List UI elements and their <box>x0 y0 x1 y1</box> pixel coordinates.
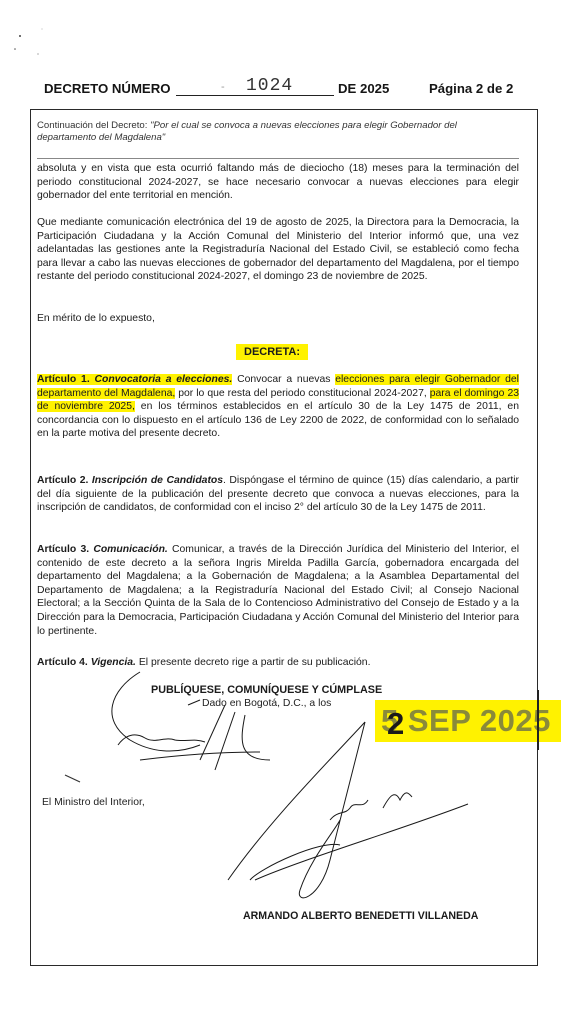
article-4: Artículo 4. Vigencia. El presente decret… <box>37 656 519 670</box>
stamp-edge-line <box>537 690 539 750</box>
publish-formula: PUBLÍQUESE, COMUNÍQUESE Y CÚMPLASE <box>151 684 382 696</box>
decree-dash: - <box>221 81 225 93</box>
article-4-title: Vigencia. <box>91 657 136 668</box>
article-4-number: Artículo 4. <box>37 657 88 668</box>
paragraph-1: absoluta y en vista que esta ocurrió fal… <box>37 162 519 203</box>
date-stamp-rest: 5 SEP 2025 <box>381 703 551 738</box>
article-1-number: Artículo 1. <box>37 374 90 385</box>
article-1-title: Convocatoria a elecciones. <box>95 374 233 385</box>
article-1-text-b: por lo que resta del periodo constitucio… <box>175 388 429 399</box>
decree-number-label: DECRETO NÚMERO <box>44 81 171 96</box>
paragraph-3: En mérito de lo expuesto, <box>37 312 519 326</box>
page-indicator: Página 2 de 2 <box>429 81 513 96</box>
article-3: Artículo 3. Comunicación. Comunicar, a t… <box>37 543 519 638</box>
decree-number: 1024 <box>246 76 293 96</box>
date-stamp: 25 SEP 2025 <box>375 700 561 742</box>
article-2-number: Artículo 2. <box>37 475 88 486</box>
continuation-prefix: Continuación del Decreto: <box>37 120 150 131</box>
given-in-bogota: Dado en Bogotá, D.C., a los <box>202 698 331 709</box>
article-2-title: Inscripción de Candidatos <box>92 475 223 486</box>
decreta-heading: DECRETA: <box>236 344 308 360</box>
date-stamp-day-first: 2 <box>387 706 405 742</box>
continuation-rule <box>37 158 519 159</box>
minister-name: ARMANDO ALBERTO BENEDETTI VILLANEDA <box>243 910 478 922</box>
scan-specks <box>0 0 80 70</box>
article-3-body: Comunicar, a través de la Dirección Jurí… <box>37 544 519 637</box>
article-1: Artículo 1. Convocatoria a elecciones. C… <box>37 373 519 441</box>
article-3-number: Artículo 3. <box>37 544 89 555</box>
article-2: Artículo 2. Inscripción de Candidatos. D… <box>37 474 519 515</box>
paragraph-2: Que mediante comunicación electrónica de… <box>37 216 519 284</box>
article-1-text-a: Convocar a nuevas <box>232 374 335 385</box>
continuation-note: Continuación del Decreto: "Por el cual s… <box>37 120 507 144</box>
decree-header: DECRETO NÚMERO - 1024 DE 2025 Página 2 d… <box>44 79 524 99</box>
article-3-title: Comunicación. <box>93 544 167 555</box>
article-4-body: El presente decreto rige a partir de su … <box>136 657 371 668</box>
minister-label: El Ministro del Interior, <box>42 797 145 808</box>
decree-year: DE 2025 <box>338 81 389 96</box>
